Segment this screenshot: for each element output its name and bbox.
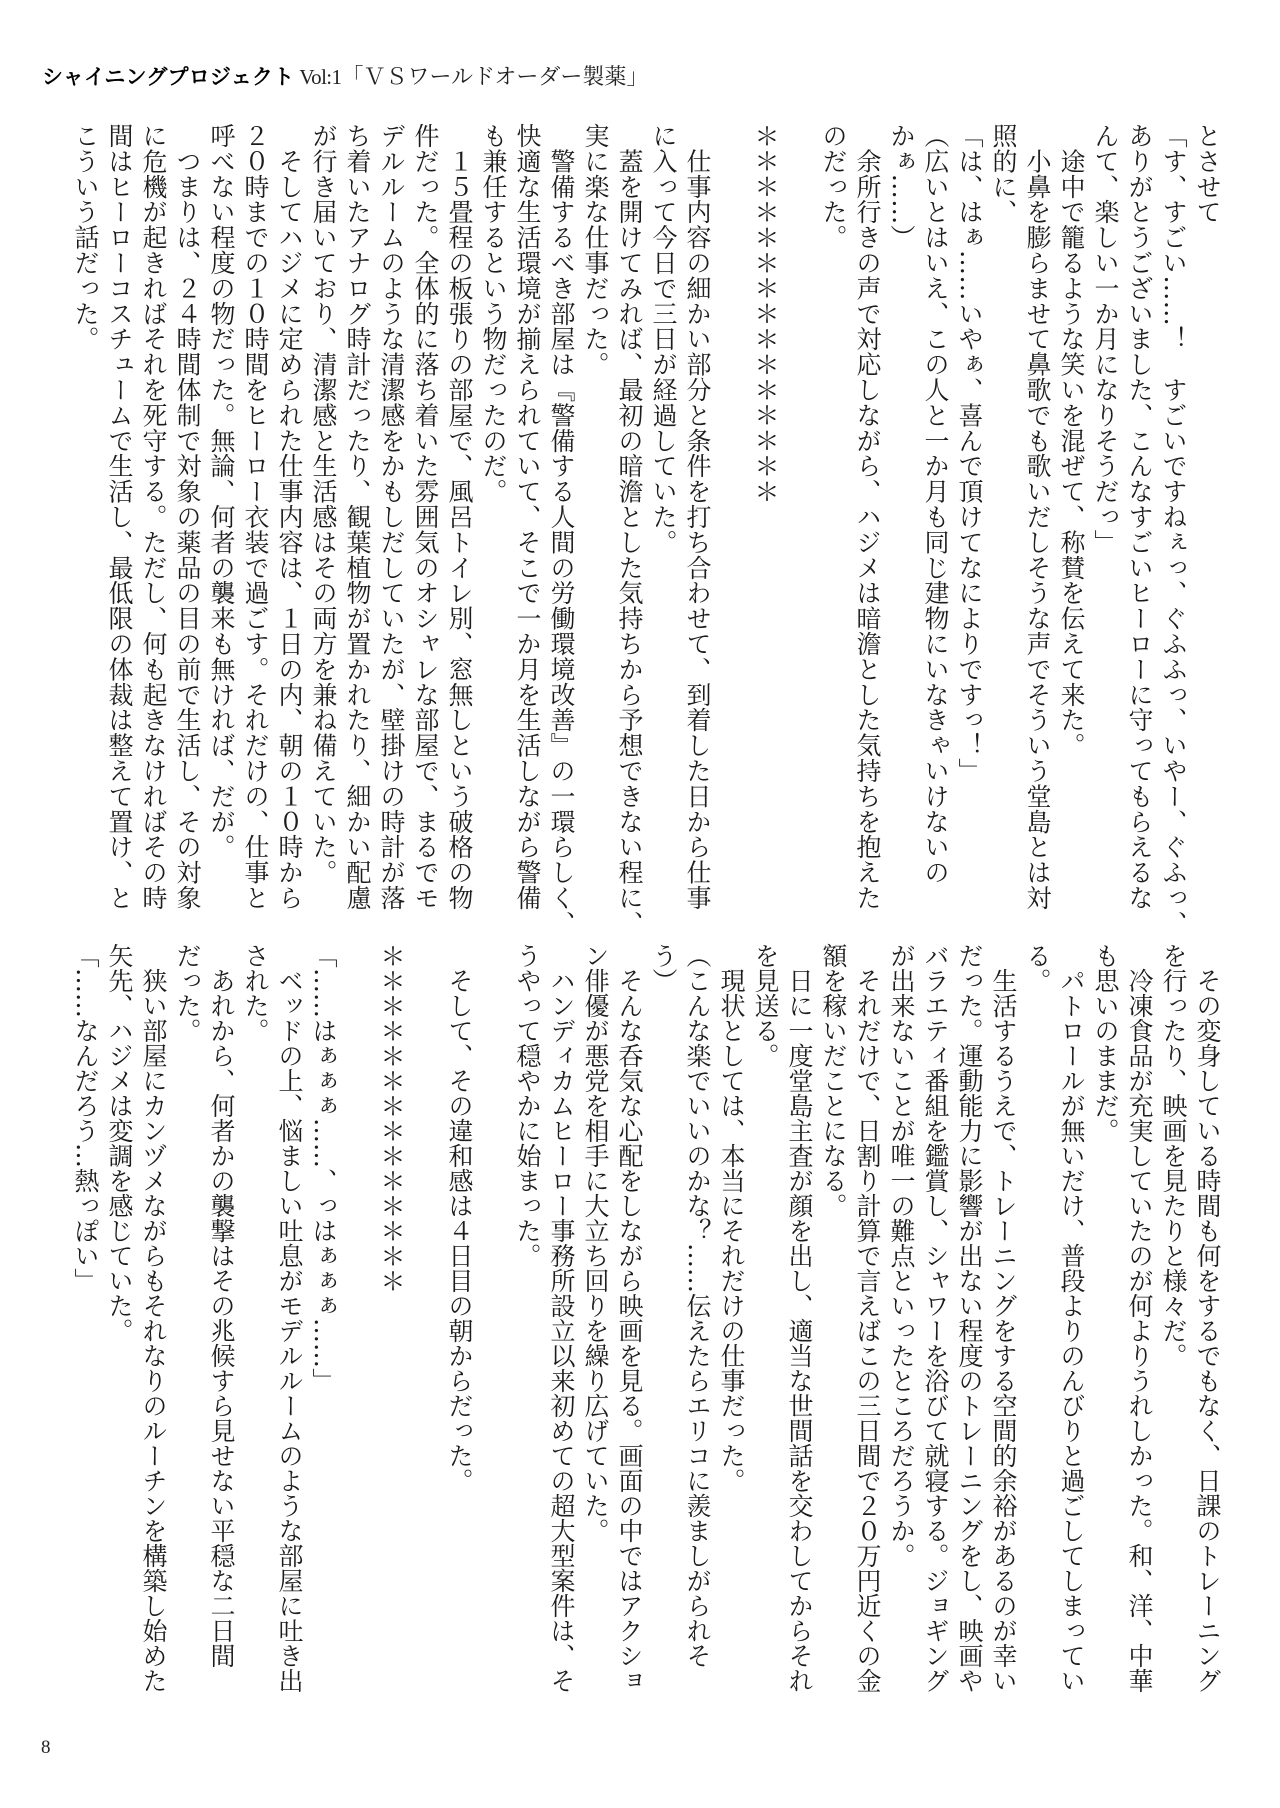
text-line: んて、楽しい一か月になりそうだっ」: [1088, 123, 1122, 911]
text-line: に入って今日で三日が経過していた。: [646, 123, 680, 911]
text-line: とさせて: [1190, 123, 1224, 911]
text-line: 矢先、ハジメは変調を感じていた。: [102, 943, 136, 1693]
text-line: それだけで、日割り計算で言えばこの三日間で２０万円近くの金: [850, 943, 884, 1693]
text-line: 「……なんだろう…熱っぽい」: [68, 943, 102, 1693]
text-line: ン俳優が悪党を相手に大立ち回りを繰り広げていた。: [578, 943, 612, 1693]
text-line: デルルームのような清潔感をかもしだしていたが、壁掛けの時計が落: [374, 123, 408, 911]
text-line: 冷凍食品が充実していたのが何よりうれしかった。和、洋、中華: [1122, 943, 1156, 1693]
text-line: ち着いたアナログ時計だったり、観葉植物が置かれたり、細かい配慮: [340, 123, 374, 911]
page-number: 8: [41, 1737, 51, 1759]
text-line: ２０時までの１０時間をヒーロー衣装で過ごす。それだけの、仕事と: [238, 123, 272, 911]
text-line: 実に楽な仕事だった。: [578, 123, 612, 911]
text-line: つまりは、２４時間体制で対象の薬品の目の前で生活し、その対象: [170, 123, 204, 911]
text-line: 件だった。全体的に落ち着いた雰囲気のオシャレな部屋で、まるでモ: [408, 123, 442, 911]
series-logo: シャイニングプロジェクト: [42, 61, 294, 91]
running-header: シャイニングプロジェクト Vol:1 「ＶＳワールドオーダー製薬」: [42, 60, 648, 90]
text-line: る。: [1020, 943, 1054, 1693]
text-line: 仕事内容の細かい部分と条件を打ち合わせて、到着した日から仕事: [680, 123, 714, 911]
text-line: 「は、はぁ……いやぁ、喜んで頂けてなによりですっ！」: [952, 123, 986, 911]
text-line: 途中で籠るような笑いを混ぜて、称賛を伝えて来た。: [1054, 123, 1088, 911]
text-line: （広いとはいえ、この人と一か月も同じ建物にいなきゃいけないの: [918, 123, 952, 911]
text-line: そして、その違和感は４日目の朝からだった。: [442, 943, 476, 1693]
text-line: あれから、何者かの襲撃はその兆候すら見せない平穏な二日間: [204, 943, 238, 1693]
text-line: だった。運動能力に影響が出ない程度のトレーニングをし、映画や: [952, 943, 986, 1693]
text-line: うやって穏やかに始まった。: [510, 943, 544, 1693]
text-line: 額を稼いだことになる。: [816, 943, 850, 1693]
text-line: パトロールが無いだけ、普段よりのんびりと過ごしてしまってい: [1054, 943, 1088, 1693]
blank-line: [476, 943, 510, 1693]
blank-line: [340, 943, 374, 1693]
text-line: ベッドの上、悩ましい吐息がモデルルームのような部屋に吐き出: [272, 943, 306, 1693]
blank-line: [782, 123, 816, 911]
text-line: そんな呑気な心配をしながら映画を見る。画面の中ではアクショ: [612, 943, 646, 1693]
lower-text-block: その変身している時間も何をするでもなく、日課のトレーニング を行ったり、映画を見…: [68, 943, 1224, 1693]
text-line: かぁ……）: [884, 123, 918, 911]
text-line: を見送る。: [748, 943, 782, 1693]
text-line: ありがとうございました、こんなすごいヒーローに守ってもらえるな: [1122, 123, 1156, 911]
text-line: も思いのままだ。: [1088, 943, 1122, 1693]
text-line: 蓋を開けてみれば、最初の暗澹とした気持ちから予想できない程に、: [612, 123, 646, 911]
text-line: う）: [646, 943, 680, 1693]
blank-line: [408, 943, 442, 1693]
text-line: そしてハジメに定められた仕事内容は、１日の内、朝の１０時から: [272, 123, 306, 911]
text-line: バラエティ番組を鑑賞し、シャワーを浴びて就寝する。ジョギング: [918, 943, 952, 1693]
text-line: を行ったり、映画を見たりと様々だ。: [1156, 943, 1190, 1693]
text-line: （こんな楽でいいのかな？……伝えたらエリコに羨ましがられそ: [680, 943, 714, 1693]
text-line: その変身している時間も何をするでもなく、日課のトレーニング: [1190, 943, 1224, 1693]
text-line: だった。: [170, 943, 204, 1693]
text-line: 「……はぁぁぁ……、っはぁぁぁ……」: [306, 943, 340, 1693]
text-line: された。: [238, 943, 272, 1693]
text-line: が行き届いており、清潔感と生活感はその両方を兼ね備えていた。: [306, 123, 340, 911]
text-line: 間はヒーローコスチュームで生活し、最低限の体裁は整えて置け、と: [102, 123, 136, 911]
text-line: 小鼻を膨らませて鼻歌でも歌いだしそうな声でそういう堂島とは対: [1020, 123, 1054, 911]
text-line: ハンディカムヒーロー事務所設立以来初めての超大型案件は、そ: [544, 943, 578, 1693]
text-line: に危機が起きればそれを死守する。ただし、何も起きなければその時: [136, 123, 170, 911]
scene-break-asterisks: ＊＊＊＊＊＊＊＊＊＊＊＊＊＊: [374, 943, 408, 1693]
volume-label: Vol:1: [299, 65, 341, 90]
text-line: も兼任するという物だったのだ。: [476, 123, 510, 911]
text-line: 「す、すごい……！ すごいですねぇっ、ぐふふっ、いやー、ぐふっ、: [1156, 123, 1190, 911]
scene-break-asterisks: ＊＊＊＊＊＊＊＊＊＊＊＊＊＊＊: [748, 123, 782, 911]
text-line: のだった。: [816, 123, 850, 911]
text-line: こういう話だった。: [68, 123, 102, 911]
text-line: 快適な生活環境が揃えられていて、そこで一か月を生活しながら警備: [510, 123, 544, 911]
upper-text-block: とさせて 「す、すごい……！ すごいですねぇっ、ぐふふっ、いやー、ぐふっ、 あり…: [68, 123, 1224, 911]
blank-line: [714, 123, 748, 911]
text-line: 照的に、: [986, 123, 1020, 911]
text-line: が出来ないことが唯一の難点といったところだろうか。: [884, 943, 918, 1693]
episode-subtitle: 「ＶＳワールドオーダー製薬」: [341, 60, 648, 91]
text-line: １５畳程の板張りの部屋で、風呂トイレ別、窓無しという破格の物: [442, 123, 476, 911]
text-line: 狭い部屋にカンヅメながらもそれなりのルーチンを構築し始めた: [136, 943, 170, 1693]
text-line: 余所行きの声で対応しながら、ハジメは暗澹とした気持ちを抱えた: [850, 123, 884, 911]
text-line: 生活するうえで、トレーニングをする空間的余裕があるのが幸い: [986, 943, 1020, 1693]
text-line: 警備するべき部屋は『警備する人間の労働環境改善』の一環らしく、: [544, 123, 578, 911]
text-line: 日に一度堂島主査が顔を出し、適当な世間話を交わしてからそれ: [782, 943, 816, 1693]
text-line: 呼べない程度の物だった。無論、何者の襲来も無ければ、だが。: [204, 123, 238, 911]
text-line: 現状としては、本当にそれだけの仕事だった。: [714, 943, 748, 1693]
